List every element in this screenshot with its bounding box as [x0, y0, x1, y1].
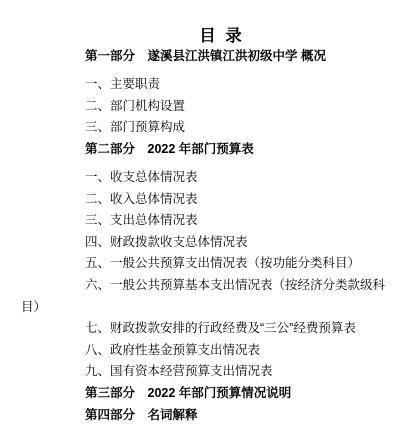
- toc-item: 一、收支总体情况表: [21, 167, 406, 189]
- toc-item-continuation: 目）: [21, 297, 406, 319]
- toc-item: 三、支出总体情况表: [21, 210, 406, 232]
- toc-item: 五、一般公共预算支出情况表（按功能分类科目）: [21, 253, 406, 275]
- toc-section-heading: 第一部分 遂溪县江洪镇江洪初级中学 概况: [21, 46, 406, 68]
- toc-item: 七、财政拨款安排的行政经费及“三公”经费预算表: [21, 318, 406, 340]
- page-title: 目 录: [0, 0, 420, 46]
- toc-item: 二、部门机构设置: [21, 96, 406, 118]
- document-page: 目 录 第一部分 遂溪县江洪镇江洪初级中学 概况 一、主要职责 二、部门机构设置…: [0, 0, 420, 434]
- table-of-contents: 第一部分 遂溪县江洪镇江洪初级中学 概况 一、主要职责 二、部门机构设置 三、部…: [21, 46, 406, 426]
- toc-item: 九、国有资本经营预算支出情况表: [21, 361, 406, 383]
- toc-item: 四、财政拨款收支总体情况表: [21, 232, 406, 254]
- toc-item: 一、主要职责: [21, 74, 406, 96]
- toc-item: 三、部门预算构成: [21, 117, 406, 139]
- toc-section-heading: 第四部分 名词解释: [21, 405, 406, 427]
- toc-section-heading: 第二部分 2022 年部门预算表: [21, 139, 406, 161]
- toc-item: 二、收入总体情况表: [21, 189, 406, 211]
- toc-item: 八、政府性基金预算支出情况表: [21, 340, 406, 362]
- toc-section-heading: 第三部分 2022 年部门预算情况说明: [21, 383, 406, 405]
- toc-item: 六、一般公共预算基本支出情况表（按经济分类款级科: [21, 275, 406, 297]
